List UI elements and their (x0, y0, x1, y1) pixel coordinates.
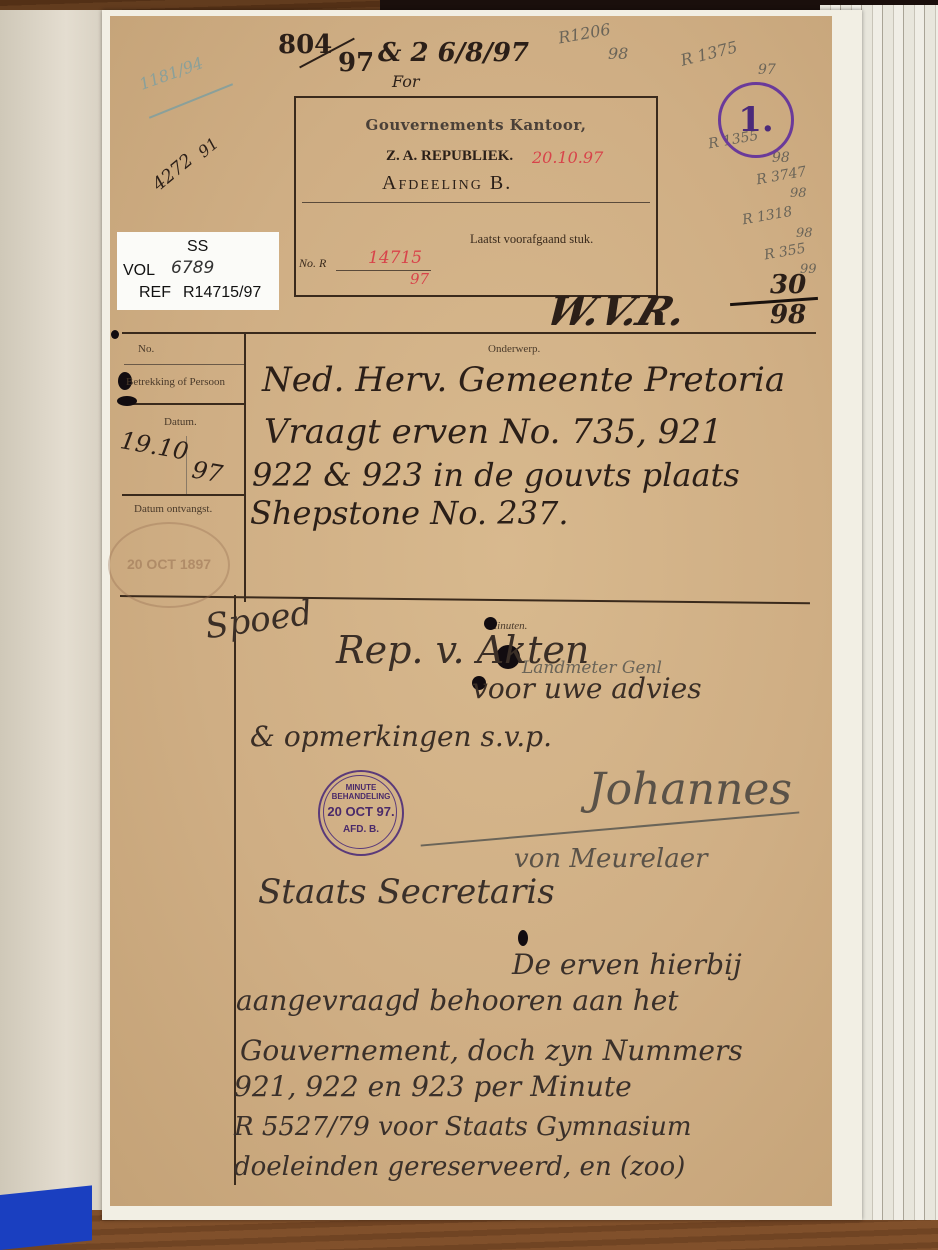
received-stamp-date: 20 OCT 1897 (110, 556, 228, 572)
left-column-divider (244, 332, 246, 602)
binder-left-page (0, 10, 112, 1210)
onderwerp-line-3: 922 & 923 in de gouvts plaats (252, 456, 740, 494)
right-ref-1-year: 97 (758, 62, 776, 78)
letter-line-6: R 5527/79 voor Staats Gymnasium (234, 1112, 692, 1142)
letter-line-5: 921, 922 en 923 per Minute (234, 1070, 632, 1103)
red-number-year: 97 (410, 270, 429, 288)
label-vol-value: 6789 (171, 258, 214, 278)
header-divider (302, 202, 650, 203)
datum-label: Datum. (164, 416, 197, 428)
no-divider (124, 364, 244, 365)
minute-stamp-bottom: AFD. B. (320, 824, 402, 835)
archive-label: SS VOL 6789 REF R14715/97 (117, 232, 279, 310)
office-title: Gouvernements Kantoor, (296, 116, 656, 134)
letter-line-4: Gouvernement, doch zyn Nummers (240, 1034, 743, 1067)
ink-blot (117, 396, 137, 406)
onderwerp-line-4: Shepstone No. 237. (250, 494, 569, 532)
datum-year: 97 (190, 456, 225, 489)
label-series: SS (187, 238, 208, 256)
republic-title: Z. A. REPUBLIEK. (386, 148, 513, 165)
onderwerp-label: Onderwerp. (488, 343, 540, 355)
signature-ref-year: 98 (770, 300, 806, 330)
form-top-rule (122, 332, 816, 334)
letter-line-7: doeleinden gereserveerd, en (zoo) (234, 1152, 685, 1182)
department-title: Afdeeling B. (382, 172, 512, 195)
previous-document-label: Laatst voorafgaand stuk. (470, 232, 593, 247)
minuten-line-4: & opmerkingen s.v.p. (250, 720, 552, 753)
top-ref-year: 97 (338, 48, 374, 78)
top-ref-under: For (392, 72, 420, 91)
label-vol: VOL (123, 262, 155, 280)
label-ref: REF (139, 284, 171, 302)
red-number: 14715 (368, 248, 422, 268)
betrekking-divider (124, 403, 244, 405)
received-stamp: 20 OCT 1897 (108, 522, 230, 608)
letter-line-3: aangevraagd behooren aan het (236, 984, 679, 1017)
onderwerp-line-1: Ned. Herv. Gemeente Pretoria (262, 360, 785, 400)
folio-stamp: 1. (718, 82, 794, 158)
onderwerp-line-2: Vraagt erven No. 735, 921 (264, 412, 723, 452)
letter-line-2: De erven hierbij (512, 948, 742, 981)
signature-ref-number: 30 (770, 270, 806, 300)
datum-divider (122, 494, 244, 496)
label-ref-value: R14715/97 (183, 284, 261, 302)
top-ref-rest: & 2 6/8/97 (378, 38, 529, 68)
header-box: Gouvernements Kantoor, Z. A. REPUBLIEK. … (294, 96, 658, 297)
ontvangst-label: Datum ontvangst. (134, 503, 212, 515)
ink-blot (518, 930, 528, 946)
minute-stamp: MINUTE BEHANDELING 20 OCT 97. AFD. B. (318, 770, 404, 856)
betrekking-label: Betrekking of Persoon (126, 376, 225, 388)
pencil-signature-sub: von Meurelaer (514, 844, 708, 874)
blue-binder-cover (0, 1185, 92, 1250)
initials-signature: W.V.R. (539, 288, 694, 335)
number-label: No. R (299, 256, 326, 271)
letter-line-1: Staats Secretaris (258, 872, 555, 912)
right-ref-0-year: 98 (608, 44, 628, 63)
no-label: No. (138, 343, 154, 355)
pencil-signature: Johannes (588, 764, 792, 815)
minute-stamp-top: MINUTE BEHANDELING (320, 783, 402, 801)
minute-stamp-date: 20 OCT 97. (320, 804, 402, 819)
right-ref-3-year: 98 (790, 186, 807, 201)
ink-dot (111, 330, 119, 339)
minuten-line-3: voor uwe advies (472, 672, 702, 705)
right-ref-4-year: 98 (796, 226, 813, 241)
red-date: 20.10.97 (532, 148, 603, 167)
